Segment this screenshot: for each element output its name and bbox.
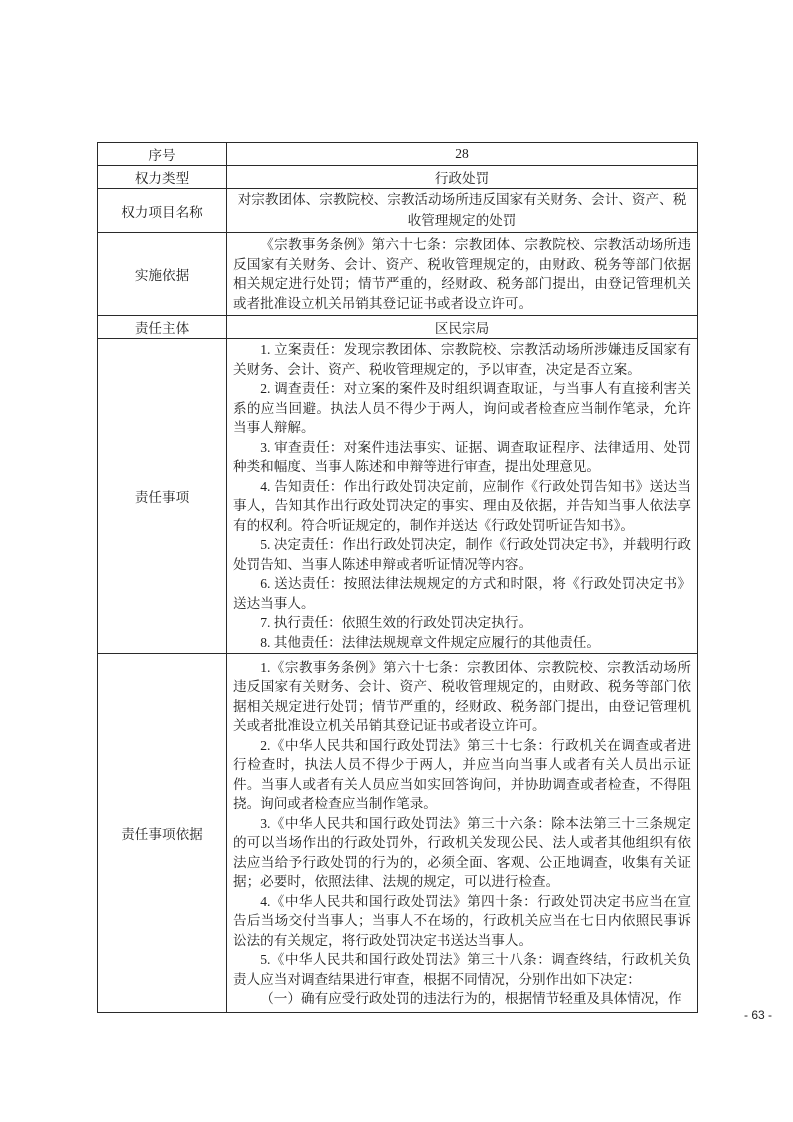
paragraph: 4.《中华人民共和国行政处罚法》第四十条：行政处罚决定书应当在宣告后当场交付当事… [233,892,691,951]
paragraph: 7. 执行责任：依照生效的行政处罚决定执行。 [233,613,691,633]
document-page: 序号 28 权力类型 行政处罚 权力项目名称 对宗教团体、宗教院校、宗教活动场所… [0,0,793,1122]
table-row-power-type: 权力类型 行政处罚 [98,166,698,189]
paragraph: 1.《宗教事务条例》第六十七条：宗教团体、宗教院校、宗教活动场所违反国家有关财务… [233,658,691,736]
table-row-responsible-subject: 责任主体 区民宗局 [98,316,698,339]
paragraph: 4. 告知责任：作出行政处罚决定前，应制作《行政处罚告知书》送达当事人，告知其作… [233,477,691,536]
table-row-implementation-basis: 实施依据 《宗教事务条例》第六十七条：宗教团体、宗教院校、宗教活动场所违反国家有… [98,233,698,316]
power-item-table: 序号 28 权力类型 行政处罚 权力项目名称 对宗教团体、宗教院校、宗教活动场所… [97,142,698,1013]
paragraph: 3. 审查责任：对案件违法事实、证据、调查取证程序、法律适用、处罚种类和幅度、当… [233,438,691,477]
row-label-implementation-basis: 实施依据 [98,233,227,316]
row-label-power-item-name: 权力项目名称 [98,189,227,233]
paragraph: 2. 调查责任：对立案的案件及时组织调查取证，与当事人有直接利害关系的应当回避。… [233,379,691,438]
row-value-power-item-name: 对宗教团体、宗教院校、宗教活动场所违反国家有关财务、会计、资产、税收管理规定的处… [227,189,698,233]
paragraph: 2.《中华人民共和国行政处罚法》第三十七条：行政机关在调查或者进行检查时，执法人… [233,736,691,814]
paragraph: 8. 其他责任：法律法规规章文件规定应履行的其他责任。 [233,633,691,653]
paragraph: 5.《中华人民共和国行政处罚法》第三十八条：调查终结，行政机关负责人应当对调查结… [233,950,691,989]
paragraph: （一）确有应受行政处罚的违法行为的，根据情节轻重及具体情况，作 [233,989,691,1009]
table-row-responsibility-items-basis: 责任事项依据 1.《宗教事务条例》第六十七条：宗教团体、宗教院校、宗教活动场所违… [98,654,698,1013]
paragraph: 5. 决定责任：作出行政处罚决定，制作《行政处罚决定书》，并载明行政处罚告知、当… [233,535,691,574]
table-row-serial-number: 序号 28 [98,143,698,166]
paragraph: 1. 立案责任：发现宗教团体、宗教院校、宗教活动场所涉嫌违反国家有关财务、会计、… [233,340,691,379]
paragraph: 6. 送达责任：按照法律法规规定的方式和时限，将《行政处罚决定书》送达当事人。 [233,574,691,613]
row-value-responsibility-items: 1. 立案责任：发现宗教团体、宗教院校、宗教活动场所涉嫌违反国家有关财务、会计、… [227,339,698,654]
row-label-responsible-subject: 责任主体 [98,316,227,339]
row-label-responsibility-items: 责任事项 [98,339,227,654]
row-label-serial-number: 序号 [98,143,227,166]
page-number: - 63 - [744,1008,772,1022]
row-value-serial-number: 28 [227,143,698,166]
row-value-implementation-basis: 《宗教事务条例》第六十七条：宗教团体、宗教院校、宗教活动场所违反国家有关财务、会… [227,233,698,316]
row-value-responsibility-items-basis: 1.《宗教事务条例》第六十七条：宗教团体、宗教院校、宗教活动场所违反国家有关财务… [227,654,698,1013]
paragraph: 《宗教事务条例》第六十七条：宗教团体、宗教院校、宗教活动场所违反国家有关财务、会… [233,235,691,313]
row-value-power-type: 行政处罚 [227,166,698,189]
table-row-power-item-name: 权力项目名称 对宗教团体、宗教院校、宗教活动场所违反国家有关财务、会计、资产、税… [98,189,698,233]
row-label-responsibility-items-basis: 责任事项依据 [98,654,227,1013]
table-row-responsibility-items: 责任事项 1. 立案责任：发现宗教团体、宗教院校、宗教活动场所涉嫌违反国家有关财… [98,339,698,654]
paragraph: 3.《中华人民共和国行政处罚法》第三十六条：除本法第三十三条规定的可以当场作出的… [233,814,691,892]
row-label-power-type: 权力类型 [98,166,227,189]
row-value-responsible-subject: 区民宗局 [227,316,698,339]
